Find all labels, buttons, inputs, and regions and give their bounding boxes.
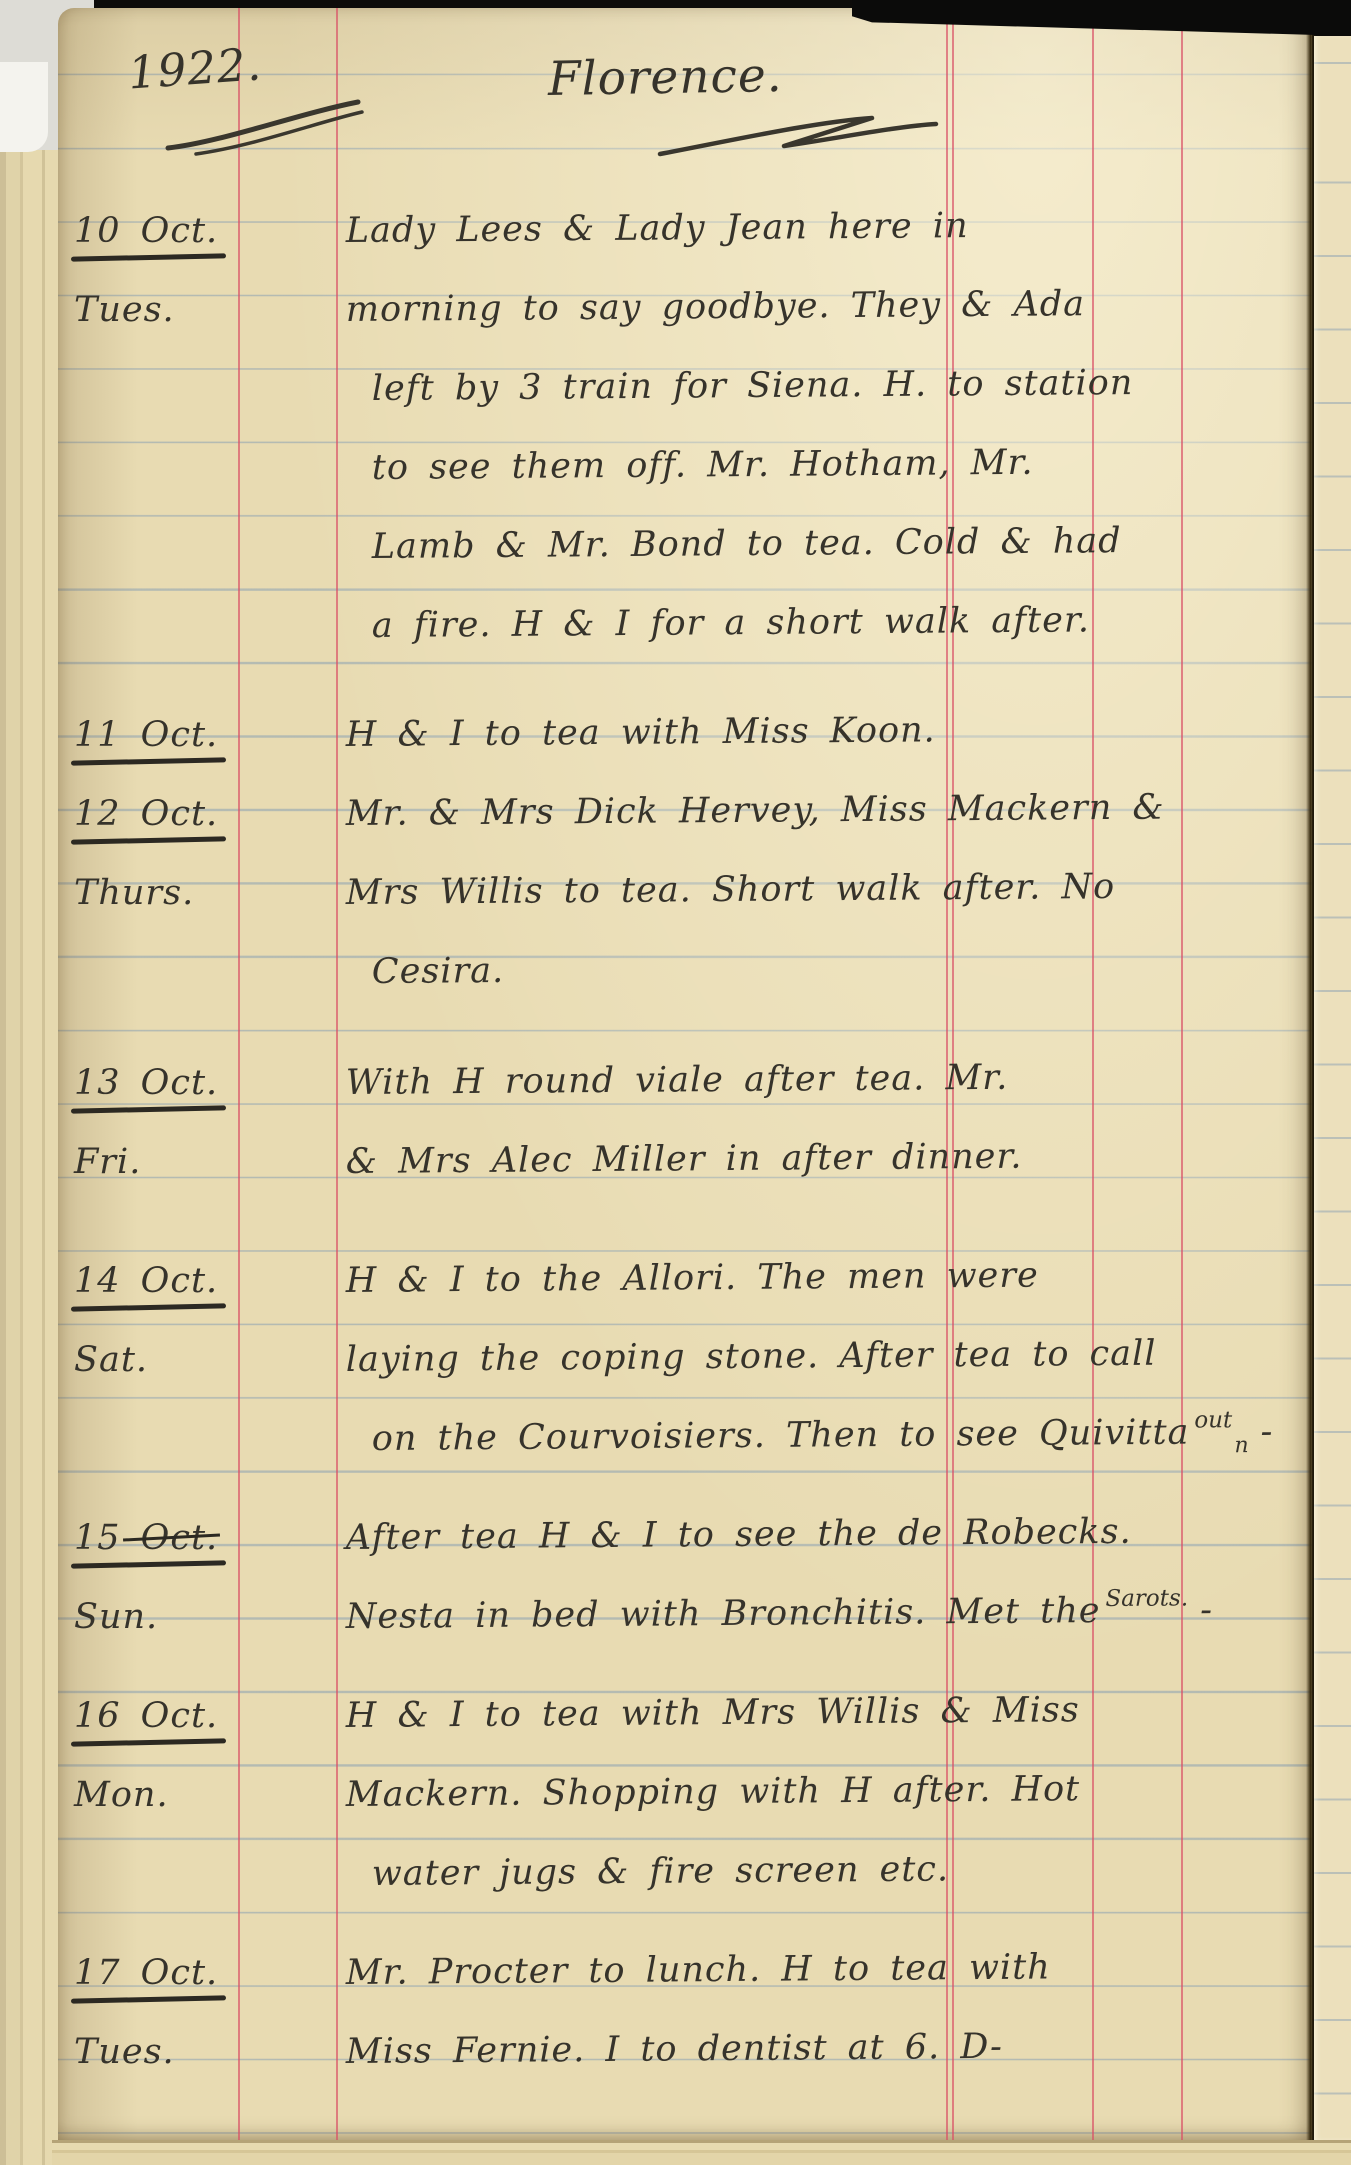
- entry-day: Sat.: [74, 1340, 148, 1380]
- diary-line: on the Courvoisiers. Then to see Quivitt…: [58, 1384, 1312, 1463]
- entry-date: 14 Oct.: [74, 1261, 218, 1301]
- diary-line: to see them off. Mr. Hotham, Mr.: [58, 413, 1312, 492]
- entry-text: Cesira.: [372, 951, 505, 992]
- diary-line: Thurs.Mrs Willis to tea. Short walk afte…: [58, 838, 1312, 917]
- entry-day: Fri.: [74, 1142, 141, 1182]
- diary-line: Sun.Nesta in bed with Bronchitis. Met th…: [58, 1562, 1312, 1641]
- entry-text: water jugs & fire screen etc.: [372, 1849, 950, 1894]
- entry-day: Tues.: [74, 2032, 175, 2072]
- entry-text: left by 3 train for Siena. H. to station: [372, 363, 1134, 409]
- page-title: Florence.: [548, 48, 784, 107]
- subscript-note: n: [1234, 1433, 1248, 1458]
- entry-text: Lady Lees & Lady Jean here in: [346, 206, 969, 251]
- entry-text: to see them off. Mr. Hotham, Mr.: [372, 443, 1034, 488]
- entry-text: H & I to tea with Miss Koon.: [346, 710, 936, 755]
- diary-line: Cesira.: [58, 917, 1312, 996]
- diary-line: Tues.morning to say goodbye. They & Ada: [58, 255, 1312, 334]
- entry-text: Mrs Willis to tea. Short walk after. No: [346, 867, 1116, 913]
- diary-line: Fri.& Mrs Alec Miller in after dinner.: [58, 1107, 1312, 1186]
- diary-line: a fire. H & I for a short walk after.: [58, 571, 1312, 650]
- line-gap: [58, 1186, 1312, 1226]
- entry-text: Lamb & Mr. Bond to tea. Cold & had: [372, 521, 1122, 567]
- entry-text: After tea H & I to see the de Robecks.: [346, 1512, 1132, 1558]
- trailing-dash: -: [1260, 1412, 1273, 1452]
- diary-line: left by 3 train for Siena. H. to station: [58, 334, 1312, 413]
- entry-text: & Mrs Alec Miller in after dinner.: [346, 1137, 1023, 1182]
- diary-line: 14 Oct.H & I to the Allori. The men were: [58, 1226, 1312, 1305]
- line-gap: [58, 1463, 1312, 1483]
- entry-text: Mr. & Mrs Dick Hervey, Miss Mackern &: [346, 788, 1165, 834]
- entry-text: H & I to the Allori. The men were: [346, 1256, 1039, 1301]
- line-gap: [58, 1641, 1312, 1661]
- entry-day: Mon.: [74, 1775, 169, 1815]
- line-gap: [58, 1898, 1312, 1918]
- diary-line: 12 Oct.Mr. & Mrs Dick Hervey, Miss Macke…: [58, 759, 1312, 838]
- diary-line: Tues.Miss Fernie. I to dentist at 6. D-: [58, 1997, 1312, 2076]
- diary-line: Lamb & Mr. Bond to tea. Cold & had: [58, 492, 1312, 571]
- entry-date: 17 Oct.: [74, 1953, 218, 1993]
- entry-date: 12 Oct.: [74, 794, 218, 834]
- diary-line: Sat.laying the coping stone. After tea t…: [58, 1305, 1312, 1384]
- entry-text: Mackern. Shopping with H after. Hot: [346, 1769, 1081, 1815]
- scan-corner-sheet: [0, 62, 48, 152]
- diary-lines: 10 Oct.Lady Lees & Lady Jean here inTues…: [58, 176, 1312, 2076]
- entry-date: 16 Oct.: [74, 1696, 218, 1736]
- diary-line: 16 Oct.H & I to tea with Mrs Willis & Mi…: [58, 1661, 1312, 1740]
- page-edge-stack-left: [0, 96, 60, 2165]
- entry-text: Miss Fernie. I to dentist at 6. D-: [346, 2027, 1003, 2072]
- diary-line: Mon.Mackern. Shopping with H after. Hot: [58, 1740, 1312, 1819]
- page-edge-stack-bottom: [52, 2140, 1351, 2165]
- entry-text: laying the coping stone. After tea to ca…: [346, 1334, 1157, 1380]
- diary-line: 17 Oct.Mr. Procter to lunch. H to tea wi…: [58, 1918, 1312, 1997]
- superscript-note: out: [1194, 1407, 1232, 1433]
- year-heading: 1922.: [126, 37, 263, 99]
- diary-scan: 1922. Florence. 10 Oct.Lady Lees & Lady …: [0, 0, 1351, 2165]
- entry-text: a fire. H & I for a short walk after.: [372, 600, 1090, 646]
- year-underline-flourish: [162, 96, 372, 160]
- entry-day: Sun.: [74, 1597, 158, 1637]
- entry-date: 10 Oct.: [74, 211, 218, 251]
- entry-text: Mr. Procter to lunch. H to tea with: [346, 1947, 1051, 1993]
- diary-line: water jugs & fire screen etc.: [58, 1819, 1312, 1898]
- entry-text: H & I to tea with Mrs Willis & Miss: [346, 1690, 1080, 1736]
- diary-line: 13 Oct.With H round viale after tea. Mr.: [58, 1028, 1312, 1107]
- entry-text: Nesta in bed with Bronchitis. Met theSar…: [346, 1590, 1213, 1637]
- title-underline-flourish: [654, 110, 944, 172]
- diary-line: 10 Oct.Lady Lees & Lady Jean here in: [58, 176, 1312, 255]
- entry-day: Thurs.: [74, 873, 194, 913]
- diary-line: 15 Oct.After tea H & I to see the de Rob…: [58, 1483, 1312, 1562]
- entry-day: Tues.: [74, 290, 175, 330]
- entry-text: With H round viale after tea. Mr.: [346, 1058, 1009, 1103]
- next-page-edge: [1314, 36, 1351, 2140]
- line-gap: [58, 650, 1312, 680]
- entry-date: 15 Oct.: [74, 1518, 218, 1558]
- superscript-note: Sarots.: [1105, 1585, 1188, 1612]
- entry-date: 11 Oct.: [74, 715, 218, 755]
- entry-text: on the Courvoisiers. Then to see Quivitt…: [372, 1412, 1274, 1459]
- entry-date: 13 Oct.: [74, 1063, 218, 1103]
- notebook-page: 1922. Florence. 10 Oct.Lady Lees & Lady …: [58, 8, 1312, 2140]
- entry-text: morning to say goodbye. They & Ada: [346, 284, 1086, 330]
- trailing-dash: -: [1200, 1590, 1213, 1630]
- diary-line: 11 Oct.H & I to tea with Miss Koon.: [58, 680, 1312, 759]
- line-gap: [58, 996, 1312, 1028]
